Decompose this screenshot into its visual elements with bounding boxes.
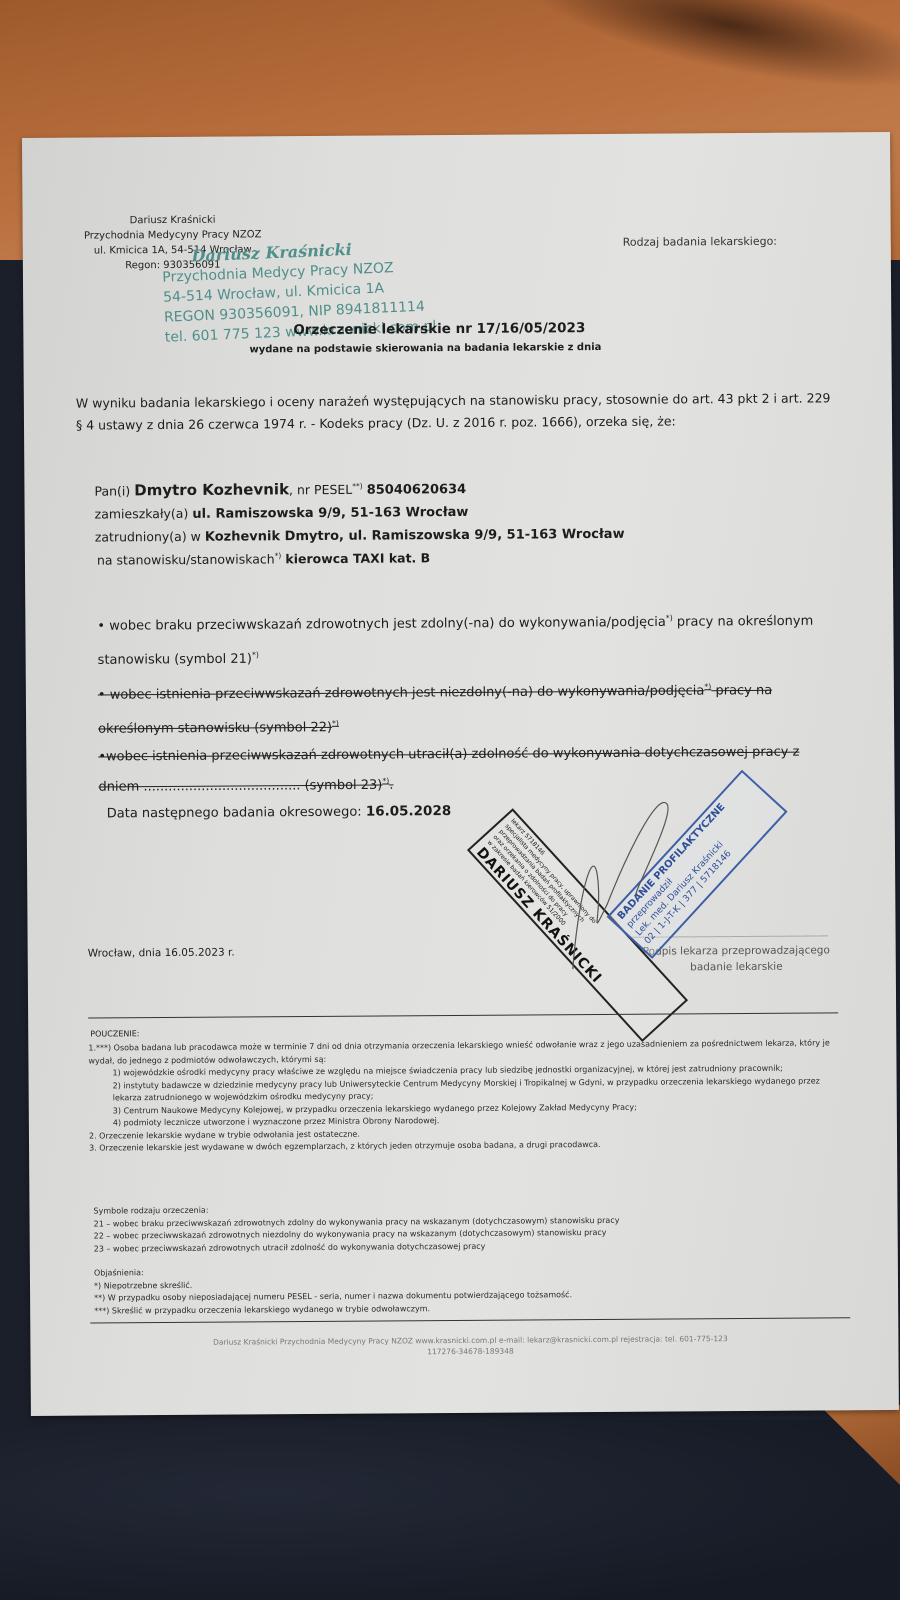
- next-exam-label: Data następnego badania okresowego:: [107, 805, 362, 822]
- note-item: ***) Skreślić w przypadku orzeczenia lek…: [94, 1302, 572, 1318]
- verdict-text: • wobec braku przeciwwskazań zdrowotnych…: [97, 615, 666, 634]
- position-value: kierowca TAXI kat. B: [285, 550, 430, 566]
- position-label: na stanowisku/stanowiskach: [97, 551, 275, 567]
- footnote-mark: *): [275, 551, 282, 560]
- residence-label: zamieszkały(a): [95, 506, 189, 522]
- page-footer: Dariusz Kraśnicki Przychodnia Medycyny P…: [90, 1332, 850, 1359]
- verdict-fit: • wobec braku przeciwwskazań zdrowotnych…: [97, 602, 827, 676]
- verdict-lost-capacity-struck: •wobec istnienia przeciwwskazań zdrowotn…: [98, 740, 828, 801]
- floor-background: [0, 1420, 900, 1600]
- footnote-mark: **): [352, 482, 363, 491]
- exam-type-label: Rodzaj badania lekarskiego:: [623, 235, 777, 249]
- pesel-number: 85040620634: [367, 482, 467, 498]
- pesel-label: , nr PESEL: [289, 482, 352, 497]
- footnote-mark: *): [252, 651, 259, 660]
- verdict-symbols: Symbole rodzaju orzeczenia: 21 – wobec b…: [93, 1202, 619, 1256]
- verdict-unfit-struck: • wobec istnienia przeciwwskazań zdrowot…: [98, 671, 828, 745]
- verdict-text: •wobec istnienia przeciwwskazań zdrowotn…: [98, 745, 799, 795]
- next-exam-date: 16.05.2028: [366, 803, 452, 820]
- medical-certificate-document: Dariusz Kraśnicki Przychodnia Medycyny P…: [22, 132, 899, 1416]
- divider: [90, 1317, 850, 1323]
- letterhead-line: Przychodnia Medycyny Pracy NZOZ: [83, 227, 263, 243]
- intro-paragraph: W wyniku badania lekarskiego i oceny nar…: [76, 387, 836, 436]
- name-label: Pan(i): [94, 483, 130, 498]
- verdict-text: • wobec istnienia przeciwwskazań zdrowot…: [98, 683, 705, 702]
- instructions: 1.***) Osoba badana lub pracodawca może …: [88, 1037, 849, 1155]
- position-row: na stanowisku/stanowiskach*) kierowca TA…: [97, 550, 430, 567]
- employer-label: zatrudniony(a) w: [95, 529, 201, 545]
- person-name: Dmytro Kozhevnik: [134, 480, 289, 499]
- letterhead-line: Dariusz Kraśnicki: [83, 212, 263, 228]
- divider: [88, 1012, 838, 1018]
- document-title: Orzeczenie lekarskie nr 17/16/05/2023: [293, 320, 585, 338]
- handwritten-signature: [567, 783, 688, 974]
- instructions-title: POUCZENIE:: [90, 1029, 139, 1038]
- place-and-date: Wrocław, dnia 16.05.2023 r.: [88, 947, 235, 960]
- person-details: Pan(i) Dmytro Kozhevnik, nr PESEL**) 850…: [94, 474, 624, 550]
- verdict-options: • wobec braku przeciwwskazań zdrowotnych…: [97, 602, 828, 801]
- next-exam-row: Data następnego badania okresowego: 16.0…: [107, 803, 452, 821]
- employer-row: zatrudniony(a) w Kozhevnik Dmytro, ul. R…: [95, 523, 625, 550]
- shadow: [515, 0, 900, 113]
- footnote-mark: *): [332, 719, 339, 728]
- document-subtitle: wydane na podstawie skierowania na badan…: [249, 342, 601, 355]
- employer-name: Kozhevnik Dmytro, ul. Ramiszowska 9/9, 5…: [205, 527, 625, 545]
- footnote-mark: *): [382, 777, 389, 786]
- person-name-row: Pan(i) Dmytro Kozhevnik, nr PESEL**) 850…: [94, 474, 624, 504]
- residence-address: ul. Ramiszowska 9/9, 51-163 Wrocław: [192, 505, 468, 522]
- explanations: Objaśnienia: *) Niepotrzebne skreślić. *…: [94, 1264, 572, 1317]
